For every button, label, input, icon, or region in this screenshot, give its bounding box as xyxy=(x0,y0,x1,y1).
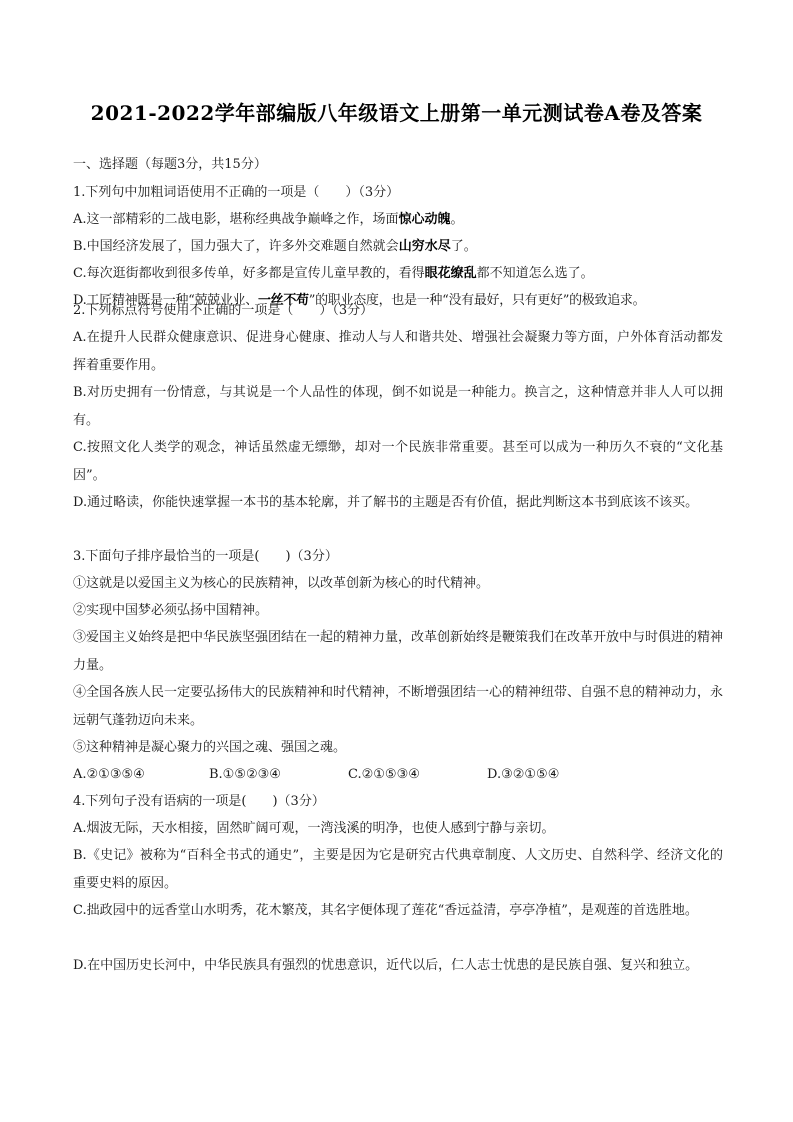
question-2-option-d: D.通过略读，你能快速掌握一本书的基本轮廓，并了解书的主题是否有价值，据此判断这… xyxy=(73,489,723,517)
question-4-option-b: B.《史记》被称为“百科全书式的通史”，主要是因为它是研究古代典章制度、人文历史… xyxy=(73,842,723,897)
question-2-option-c: C.按照文化人类学的观念，神话虽然虚无缥缈，却对一个民族非常重要。甚至可以成为一… xyxy=(73,434,723,489)
question-4-option-c: C.拙政园中的远香堂山水明秀，花木繁茂，其名字便体现了莲花“香远益清，亭亭净植”… xyxy=(73,897,723,925)
question-3-sentence-3: ③爱国主义始终是把中华民族坚强团结在一起的精神力量，改革创新始终是鞭策我们在改革… xyxy=(73,624,723,679)
question-4-stem: 4.下列句子没有语病的一项是( )（3分） xyxy=(73,788,725,815)
question-2-option-a: A.在提升人民群众健康意识、促进身心健康、推动人与人和谐共处、增强社会凝聚力等方… xyxy=(73,324,723,379)
option-text: 。 xyxy=(451,212,464,227)
section-heading: 一、选择题（每题3分，共15分） xyxy=(73,151,725,178)
bold-term: 山穷水尽 xyxy=(399,239,451,254)
question-4-option-d: D.在中国历史长河中，中华民族具有强烈的忧患意识，近代以后，仁人志士忧患的是民族… xyxy=(73,952,723,980)
question-3-sentence-1: ①这就是以爱国主义为核心的民族精神，以改革创新为核心的时代精神。 xyxy=(73,570,725,597)
option-text: C.每次逛街都收到很多传单，好多都是宣传儿童早教的，看得 xyxy=(73,266,425,281)
bold-term: 惊心动魄 xyxy=(399,212,451,227)
option-text: 了。 xyxy=(451,239,477,254)
option-text: A.这一部精彩的二战电影，堪称经典战争巅峰之作，场面 xyxy=(73,212,399,227)
question-4-option-a: A.烟波无际，天水相接，固然旷阔可观，一湾浅溪的明净，也使人感到宁静与亲切。 xyxy=(73,815,725,842)
option-text: 都不知道怎么选了。 xyxy=(477,266,594,281)
question-2-stem: 2.下列标点符号使用不正确的一项是（ ）（3分） xyxy=(73,297,725,324)
question-1-option-a: A.这一部精彩的二战电影，堪称经典战争巅峰之作，场面惊心动魄。 xyxy=(73,206,725,233)
question-3-sentence-4: ④全国各族人民一定要弘扬伟大的民族精神和时代精神，不断增强团结一心的精神纽带、自… xyxy=(73,679,723,734)
question-1-option-c: C.每次逛街都收到很多传单，好多都是宣传儿童早教的，看得眼花缭乱都不知道怎么选了… xyxy=(73,260,725,287)
question-2-option-b: B.对历史拥有一份情意，与其说是一个人品性的体现，倒不如说是一种能力。换言之，这… xyxy=(73,379,723,434)
question-3-option-a: A.②①③⑤④ xyxy=(73,761,145,788)
question-3-option-c: C.②①⑤③④ xyxy=(348,761,420,788)
question-1-stem: 1.下列句中加粗词语使用不正确的一项是（ ）（3分） xyxy=(73,179,725,206)
option-text: B.中国经济发展了，国力强大了，许多外交难题自然就会 xyxy=(73,239,399,254)
question-3-sentence-2: ②实现中国梦必须弘扬中国精神。 xyxy=(73,597,725,624)
document-title: 2021-2022学年部编版八年级语文上册第一单元测试卷A卷及答案 xyxy=(0,97,793,126)
question-1-option-b: B.中国经济发展了，国力强大了，许多外交难题自然就会山穷水尽了。 xyxy=(73,233,725,260)
question-3-sentence-5: ⑤这种精神是凝心聚力的兴国之魂、强国之魂。 xyxy=(73,734,725,761)
question-3-stem: 3.下面句子排序最恰当的一项是( )（3分） xyxy=(73,543,725,570)
question-3-option-b: B.①⑤②③④ xyxy=(209,761,281,788)
bold-term: 眼花缭乱 xyxy=(425,266,477,281)
question-3-option-d: D.③②①⑤④ xyxy=(487,761,559,788)
